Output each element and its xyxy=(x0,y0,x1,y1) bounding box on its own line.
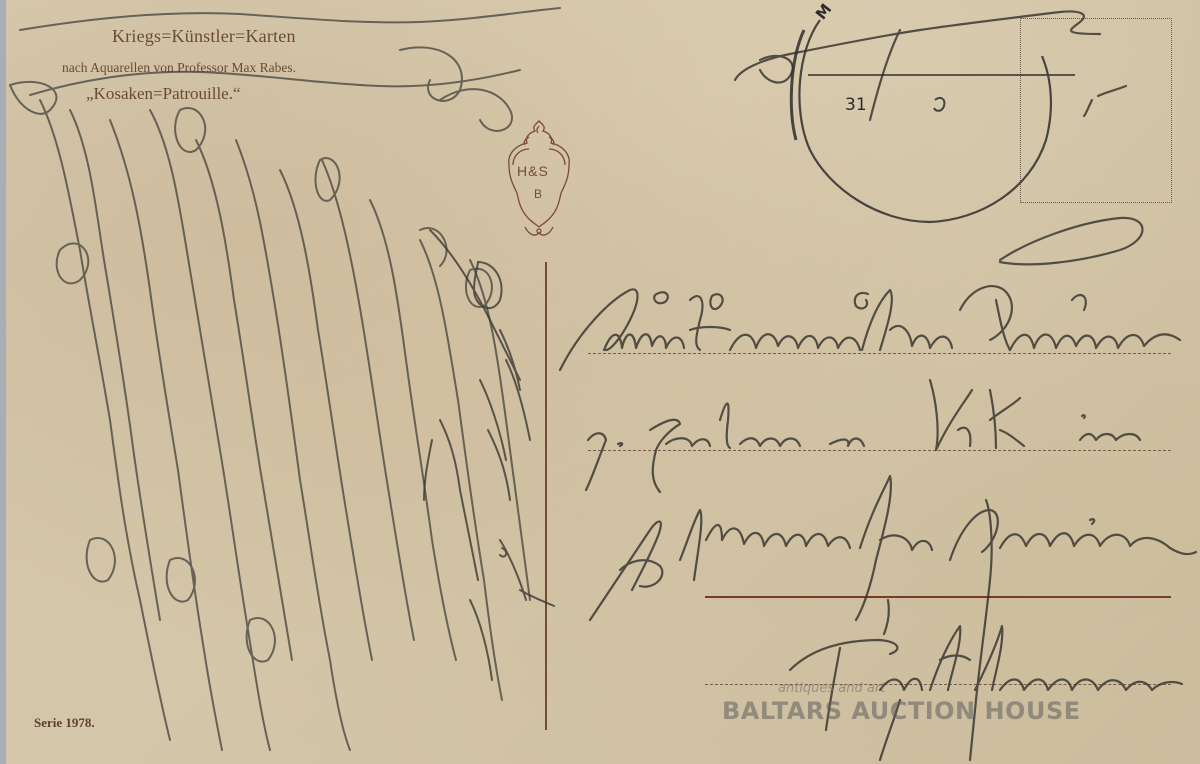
watermark-logo: BALTARS AUCTION HOUSE xyxy=(722,697,1081,725)
address-line-1 xyxy=(588,353,1171,354)
postmark-text: M xyxy=(812,0,835,23)
center-divider xyxy=(545,262,547,730)
scan-edge xyxy=(0,0,6,764)
stamp-box xyxy=(1020,18,1172,203)
address-line-3-underline xyxy=(705,596,1171,598)
series-label: Serie 1978. xyxy=(34,715,95,731)
postmark-date: 31 xyxy=(845,95,867,115)
publisher-cartouche-icon xyxy=(499,115,579,245)
postcard-back: Kriegs=Künstler=Karten nach Aquarellen v… xyxy=(0,0,1200,764)
printed-caption: „Kosaken=Patrouille.“ xyxy=(86,84,241,104)
printed-subtitle: nach Aquarellen von Professor Max Rabes. xyxy=(62,60,296,76)
address-line-2 xyxy=(588,450,1171,451)
watermark-tagline: antiques and art xyxy=(778,681,885,696)
publisher-monogram: H&S xyxy=(517,163,549,179)
publisher-mark-letter: B xyxy=(534,187,542,201)
address-line-4 xyxy=(705,684,1171,685)
printed-title: Kriegs=Künstler=Karten xyxy=(112,26,296,47)
